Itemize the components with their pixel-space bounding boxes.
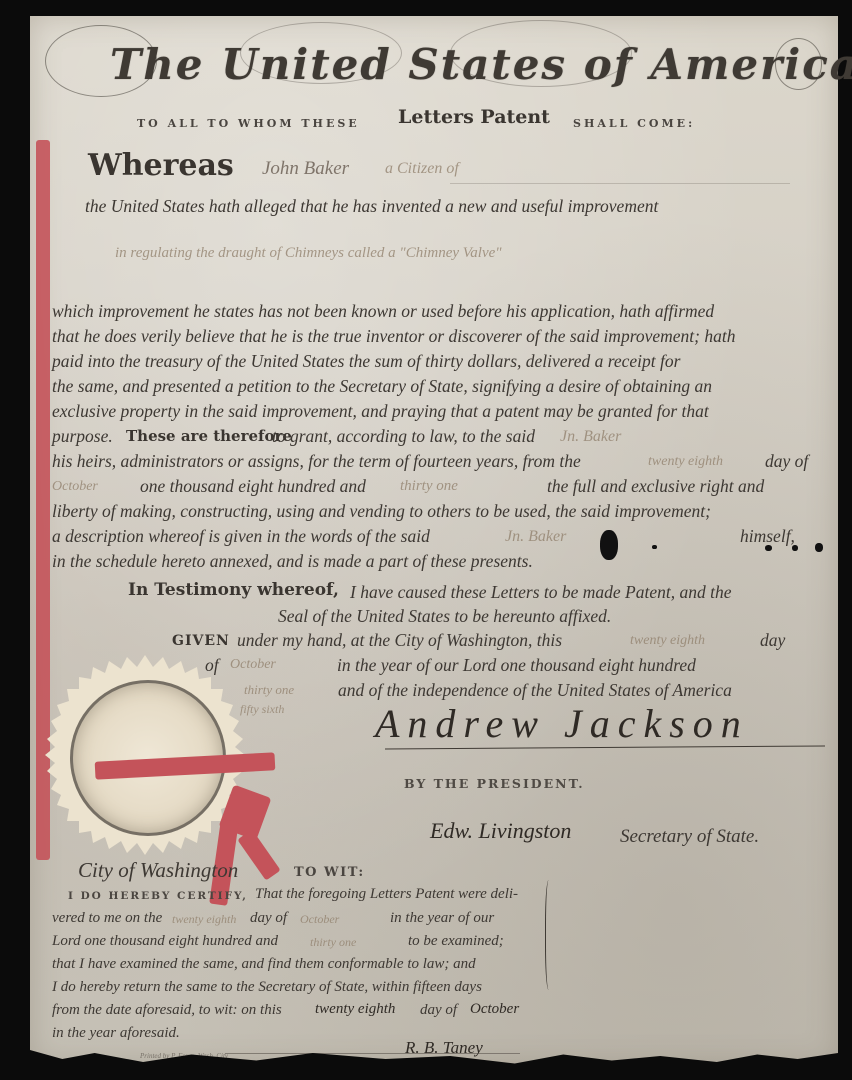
- cert-line-aforesaid: in the year aforesaid.: [52, 1025, 180, 1042]
- cert-line-conformable: that I have examined the same, and find …: [52, 956, 476, 973]
- salutation-letters-patent: Letters Patent: [398, 106, 550, 128]
- whereas-fill-line: [450, 183, 790, 184]
- document-heading: The United States of America: [110, 40, 852, 89]
- grant-purpose: purpose.: [52, 426, 113, 447]
- president-signature: Andrew Jackson: [375, 700, 749, 747]
- cert-examined: to be examined;: [408, 933, 504, 950]
- ink-stain: [652, 545, 657, 549]
- whereas-label: Whereas: [88, 148, 234, 183]
- invention-title: in regulating the draught of Chimneys ca…: [115, 245, 502, 262]
- cert-month: October: [300, 912, 339, 927]
- grant-therefore: These are therefore: [126, 427, 292, 445]
- citizen-of: a Citizen of: [385, 160, 459, 178]
- body-line-3: that he does verily believe that he is t…: [52, 326, 735, 347]
- grant-day: twenty eighth: [648, 454, 723, 470]
- grant-himself: himself,: [740, 526, 795, 547]
- grant-schedule: in the schedule hereto annexed, and is m…: [52, 551, 533, 572]
- certify-label: I DO HEREBY CERTIFY,: [68, 890, 248, 902]
- to-wit: TO WIT:: [294, 865, 365, 880]
- given-month: October: [230, 657, 276, 673]
- cert-line-return: I do hereby return the same to the Secre…: [52, 979, 482, 996]
- body-line-1: the United States hath alleged that he h…: [85, 196, 658, 217]
- cert-year: thirty one: [310, 935, 356, 950]
- grant-heirs: his heirs, administrators or assigns, fo…: [52, 451, 581, 472]
- ribbon-vertical: [36, 140, 50, 860]
- independence-text: and of the independence of the United St…: [338, 680, 732, 701]
- testimony-text-2: Seal of the United States to be hereunto…: [278, 606, 611, 627]
- given-year: thirty one: [244, 682, 294, 698]
- testimony-label: In Testimony whereof,: [128, 580, 339, 600]
- grant-year-text: one thousand eight hundred and: [140, 476, 366, 497]
- grant-right: the full and exclusive right and: [547, 476, 764, 497]
- cert-signed-month: October: [470, 1001, 519, 1018]
- grant-liberty: liberty of making, constructing, using a…: [52, 501, 711, 522]
- given-text: under my hand, at the City of Washington…: [237, 630, 562, 651]
- certification-city: City of Washington: [78, 858, 238, 883]
- ink-stain: [815, 543, 823, 552]
- body-line-4: paid into the treasury of the United Sta…: [52, 351, 680, 372]
- given-year-text: in the year of our Lord one thousand eig…: [337, 655, 696, 676]
- cert-line-year: in the year of our: [390, 910, 494, 927]
- grant-description: a description whereof is given in the wo…: [52, 526, 430, 547]
- body-line-6: exclusive property in the said improveme…: [52, 401, 709, 422]
- cert-day-of-2: day of: [420, 1002, 457, 1019]
- cert-line-lord: Lord one thousand eight hundred and: [52, 933, 278, 950]
- given-label: GIVEN: [172, 633, 230, 649]
- ink-stain: [792, 545, 798, 551]
- given-day-suffix: day: [760, 630, 785, 651]
- description-name: Jn. Baker: [505, 528, 566, 546]
- grantee-name: Jn. Baker: [560, 428, 621, 446]
- given-day: twenty eighth: [630, 633, 705, 649]
- grant-year: thirty one: [400, 478, 458, 495]
- cert-day-of: day of: [250, 910, 287, 927]
- secretary-title: Secretary of State.: [620, 826, 759, 848]
- cert-signed-day: twenty eighth: [315, 1001, 395, 1018]
- secretary-signature: Edw. Livingston: [430, 818, 571, 844]
- body-line-2: which improvement he states has not been…: [52, 301, 714, 322]
- body-line-5: the same, and presented a petition to th…: [52, 376, 712, 397]
- salutation-prefix: TO ALL TO WHOM THESE: [137, 117, 360, 130]
- cert-day: twenty eighth: [172, 912, 236, 927]
- testimony-text-1: I have caused these Letters to be made P…: [350, 582, 732, 603]
- grant-text: to grant, according to law, to the said: [272, 426, 535, 447]
- cert-line-2: vered to me on the: [52, 910, 162, 927]
- grant-month: October: [52, 479, 98, 495]
- cert-line-1: That the foregoing Letters Patent were d…: [255, 886, 518, 903]
- certification-bracket: [545, 880, 554, 990]
- inventor-name: John Baker: [262, 158, 349, 180]
- attorney-signature: R. B. Taney: [405, 1038, 483, 1058]
- ink-stain: [765, 545, 772, 551]
- ink-stain: [600, 530, 618, 560]
- given-of: of: [205, 655, 219, 676]
- by-the-president: BY THE PRESIDENT.: [404, 776, 585, 791]
- independence-year: fifty sixth: [240, 702, 284, 717]
- cert-line-date: from the date aforesaid, to wit: on this: [52, 1002, 282, 1019]
- grant-day-of: day of: [765, 451, 808, 472]
- salutation-suffix: SHALL COME:: [573, 117, 695, 130]
